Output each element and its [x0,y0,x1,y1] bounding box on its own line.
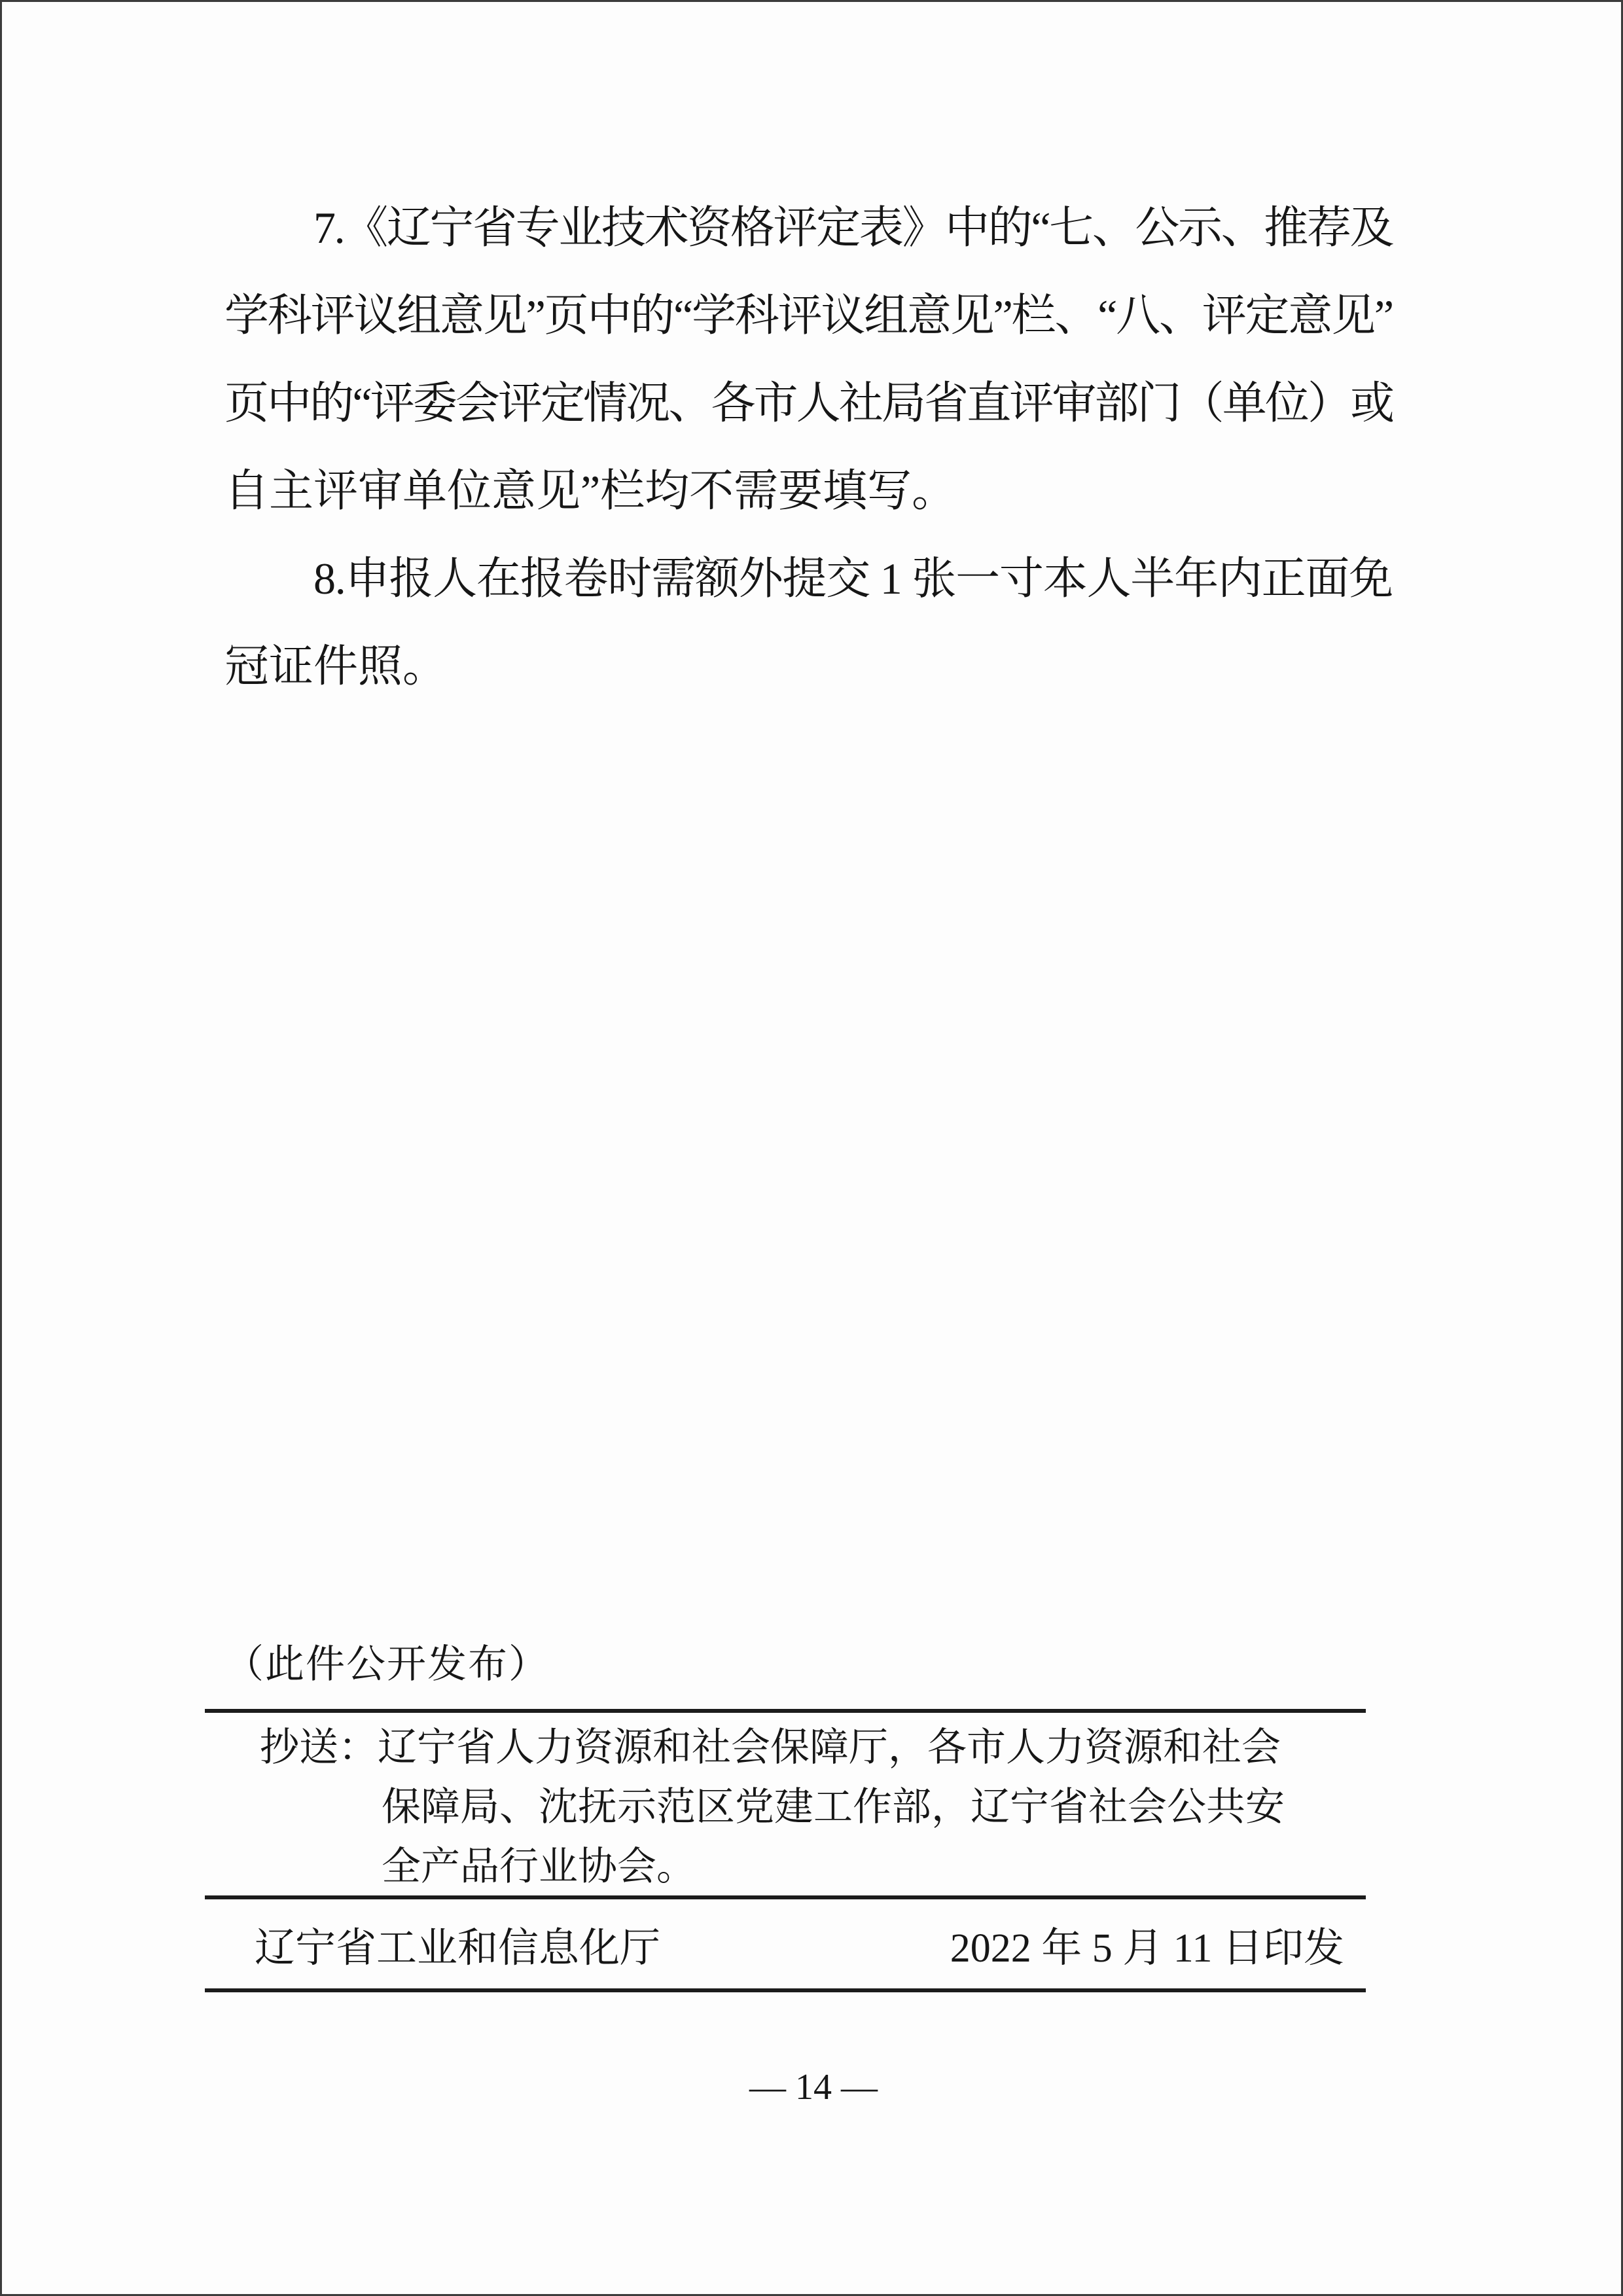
copy-to-block: 抄送：辽宁省人力资源和社会保障厅，各市人力资源和社会 保障局、沈抚示范区党建工作… [205,1718,1366,1897]
page-number: — 14 — [2,2065,1623,2109]
issuer-row: 辽宁省工业和信息化厅 2022 年 5 月 11 日印发 [205,1899,1366,1988]
body-text-block: 7.《辽宁省专业技术资格评定表》中的“七、公示、推荐及 学科评议组意见”页中的“… [224,184,1393,710]
body-line-item7-1: 7.《辽宁省专业技术资格评定表》中的“七、公示、推荐及 [224,184,1393,272]
copy-to-line: 保障局、沈抚示范区党建工作部，辽宁省社会公共安 [205,1778,1366,1837]
body-line-item7-4: 自主评审单位意见”栏均不需要填写。 [224,447,1393,535]
issuing-agency: 辽宁省工业和信息化厅 [255,1915,660,1973]
copy-to-line: 全产品行业协会。 [205,1837,1366,1897]
public-release-note: （此件公开发布） [224,1641,549,1688]
body-line-item8-2: 冠证件照。 [224,622,1393,710]
record-block-bottom-rule [205,1988,1366,1992]
document-page: 7.《辽宁省专业技术资格评定表》中的“七、公示、推荐及 学科评议组意见”页中的“… [0,0,1623,2296]
body-line-item7-2: 学科评议组意见”页中的“学科评议组意见”栏、“八、评定意见” [224,272,1393,359]
print-date: 2022 年 5 月 11 日印发 [950,1915,1344,1973]
record-block-top-rule [205,1709,1366,1713]
copy-to-line: 抄送：辽宁省人力资源和社会保障厅，各市人力资源和社会 [205,1718,1366,1778]
body-line-item7-3: 页中的“评委会评定情况、各市人社局省直评审部门（单位）或 [224,359,1393,447]
body-line-item8-1: 8.申报人在报卷时需额外提交 1 张一寸本人半年内正面免 [224,535,1393,622]
